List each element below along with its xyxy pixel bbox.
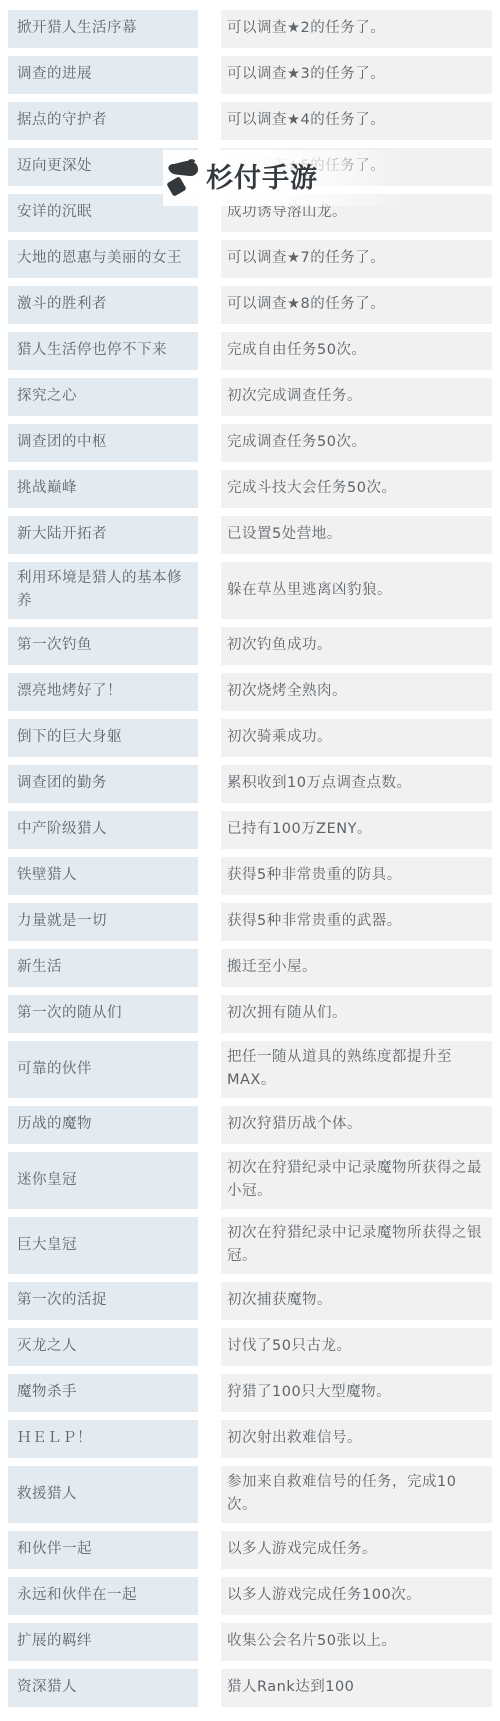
table-row: 巨大皇冠 初次在狩猎纪录中记录魔物所获得之银冠。 [8,1217,492,1274]
achievement-desc-cell: 初次在狩猎纪录中记录魔物所获得之银冠。 [221,1217,492,1274]
achievement-title-cell: 第一次钓鱼 [8,627,198,665]
achievement-desc-cell: 获得5种非常贵重的武器。 [221,903,492,941]
table-row: 历战的魔物 初次狩猎历战个体。 [8,1106,492,1144]
achievement-title-cell: 激斗的胜利者 [8,286,198,324]
achievement-desc-cell: 初次狩猎历战个体。 [221,1106,492,1144]
achievement-title-cell: 挑战巅峰 [8,470,198,508]
achievement-title-cell: 中产阶级猎人 [8,811,198,849]
achievement-title-cell: 可靠的伙伴 [8,1041,198,1098]
table-row: 扩展的羁绊 收集公会名片50张以上。 [8,1623,492,1661]
achievement-desc-cell: 可以调查★8的任务了。 [221,286,492,324]
achievement-title-cell: 大地的恩惠与美丽的女王 [8,240,198,278]
achievement-title-cell: 漂亮地烤好了！ [8,673,198,711]
achievement-title-cell: 新生活 [8,949,198,987]
table-row: 利用环境是猎人的基本修养 躲在草丛里逃离凶豹狼。 [8,562,492,619]
site-watermark: 杉付手游 [166,156,318,198]
achievement-title-cell: 新大陆开拓者 [8,516,198,554]
table-row: 调查的进展 可以调查★3的任务了。 [8,56,492,94]
achievement-desc-cell: 可以调查★2的任务了。 [221,10,492,48]
achievement-title-cell: 永远和伙伴在一起 [8,1577,198,1615]
table-row: 漂亮地烤好了！ 初次烧烤全熟肉。 [8,673,492,711]
achievement-desc-cell: 初次完成调查任务。 [221,378,492,416]
achievement-title-cell: 迷你皇冠 [8,1152,198,1209]
achievement-desc-cell: 累积收到10万点调查点数。 [221,765,492,803]
table-row: 可靠的伙伴 把任一随从道具的熟练度都提升至MAX。 [8,1041,492,1098]
achievement-title-cell: 和伙伴一起 [8,1531,198,1569]
table-row: 新大陆开拓者 已设置5处营地。 [8,516,492,554]
table-row: 第一次的活捉 初次捕获魔物。 [8,1282,492,1320]
achievement-title-cell: 安详的沉眠 [8,194,198,232]
achievement-desc-cell: 完成调查任务50次。 [221,424,492,462]
achievement-desc-cell: 已持有100万ZENY。 [221,811,492,849]
achievement-desc-cell: 参加来自救难信号的任务，完成10次。 [221,1466,492,1523]
achievement-title-cell: 第一次的活捉 [8,1282,198,1320]
achievement-title-cell: 猎人生活停也停不下来 [8,332,198,370]
table-row: 挑战巅峰 完成斗技大会任务50次。 [8,470,492,508]
achievement-title-cell: 调查的进展 [8,56,198,94]
achievement-desc-cell: 初次射出救难信号。 [221,1420,492,1458]
achievement-desc-cell: 狩猎了100只大型魔物。 [221,1374,492,1412]
hand-holding-phone-icon [166,156,202,198]
table-row: 探究之心 初次完成调查任务。 [8,378,492,416]
achievement-desc-cell: 初次骑乘成功。 [221,719,492,757]
achievement-title-cell: 巨大皇冠 [8,1217,198,1274]
table-row: 猎人生活停也停不下来 完成自由任务50次。 [8,332,492,370]
achievement-desc-cell: 完成自由任务50次。 [221,332,492,370]
table-row: ＨＥＬＰ！ 初次射出救难信号。 [8,1420,492,1458]
table-row: 救援猎人 参加来自救难信号的任务，完成10次。 [8,1466,492,1523]
achievement-title-cell: 铁壁猎人 [8,857,198,895]
table-row: 第一次的随从们 初次拥有随从们。 [8,995,492,1033]
achievement-title-cell: 力量就是一切 [8,903,198,941]
table-row: 调查团的勤务 累积收到10万点调查点数。 [8,765,492,803]
table-row: 激斗的胜利者 可以调查★8的任务了。 [8,286,492,324]
achievement-title-cell: 倒下的巨大身躯 [8,719,198,757]
achievement-title-cell: 据点的守护者 [8,102,198,140]
table-row: 安详的沉眠 成功诱导溶山龙。 [8,194,492,232]
table-row: 资深猎人 猎人Rank达到100 [8,1669,492,1707]
achievement-desc-cell: 可以调查★3的任务了。 [221,56,492,94]
achievement-desc-cell: 成功诱导溶山龙。 [221,194,492,232]
table-row: 新生活 搬迁至小屋。 [8,949,492,987]
watermark-brand-text: 杉付手游 [206,163,318,192]
achievement-title-cell: 救援猎人 [8,1466,198,1523]
table-row: 和伙伴一起 以多人游戏完成任务。 [8,1531,492,1569]
achievement-desc-cell: 完成斗技大会任务50次。 [221,470,492,508]
achievement-desc-cell: 把任一随从道具的熟练度都提升至MAX。 [221,1041,492,1098]
achievement-title-cell: 扩展的羁绊 [8,1623,198,1661]
achievement-title-cell: 掀开猎人生活序幕 [8,10,198,48]
table-row: 倒下的巨大身躯 初次骑乘成功。 [8,719,492,757]
achievement-desc-cell: 可以调查★4的任务了。 [221,102,492,140]
achievement-page: 掀开猎人生活序幕 可以调查★2的任务了。 调查的进展 可以调查★3的任务了。 据… [0,0,500,1721]
achievement-desc-cell: 猎人Rank达到100 [221,1669,492,1707]
achievement-desc-cell: 以多人游戏完成任务。 [221,1531,492,1569]
achievement-title-cell: 第一次的随从们 [8,995,198,1033]
table-row: 据点的守护者 可以调查★4的任务了。 [8,102,492,140]
table-row: 永远和伙伴在一起 以多人游戏完成任务100次。 [8,1577,492,1615]
table-row: 中产阶级猎人 已持有100万ZENY。 [8,811,492,849]
achievement-title-cell: 调查团的勤务 [8,765,198,803]
table-row: 大地的恩惠与美丽的女王 可以调查★7的任务了。 [8,240,492,278]
table-row: 魔物杀手 狩猎了100只大型魔物。 [8,1374,492,1412]
achievement-title-cell: 调查团的中枢 [8,424,198,462]
achievement-title-cell: 探究之心 [8,378,198,416]
achievement-desc-cell: 初次捕获魔物。 [221,1282,492,1320]
achievement-title-cell: 资深猎人 [8,1669,198,1707]
table-row: 力量就是一切 获得5种非常贵重的武器。 [8,903,492,941]
achievement-title-cell: 利用环境是猎人的基本修养 [8,562,198,619]
achievement-title-cell: 灭龙之人 [8,1328,198,1366]
achievement-desc-cell: 初次烧烤全熟肉。 [221,673,492,711]
achievement-title-cell: ＨＥＬＰ！ [8,1420,198,1458]
achievement-desc-cell: 获得5种非常贵重的防具。 [221,857,492,895]
achievement-table: 掀开猎人生活序幕 可以调查★2的任务了。 调查的进展 可以调查★3的任务了。 据… [0,10,500,1707]
achievement-desc-cell: 以多人游戏完成任务100次。 [221,1577,492,1615]
achievement-desc-cell: 可以调查★7的任务了。 [221,240,492,278]
achievement-desc-cell: 躲在草丛里逃离凶豹狼。 [221,562,492,619]
table-row: 灭龙之人 讨伐了50只古龙。 [8,1328,492,1366]
table-row: 调查团的中枢 完成调查任务50次。 [8,424,492,462]
achievement-desc-cell: 已设置5处营地。 [221,516,492,554]
table-row: 迷你皇冠 初次在狩猎纪录中记录魔物所获得之最小冠。 [8,1152,492,1209]
achievement-title-cell: 历战的魔物 [8,1106,198,1144]
table-row: 第一次钓鱼 初次钓鱼成功。 [8,627,492,665]
achievement-desc-cell: 讨伐了50只古龙。 [221,1328,492,1366]
achievement-desc-cell: 初次钓鱼成功。 [221,627,492,665]
achievement-desc-cell: 初次在狩猎纪录中记录魔物所获得之最小冠。 [221,1152,492,1209]
table-row: 铁壁猎人 获得5种非常贵重的防具。 [8,857,492,895]
table-row: 掀开猎人生活序幕 可以调查★2的任务了。 [8,10,492,48]
achievement-title-cell: 魔物杀手 [8,1374,198,1412]
achievement-desc-cell: 搬迁至小屋。 [221,949,492,987]
achievement-desc-cell: 收集公会名片50张以上。 [221,1623,492,1661]
achievement-desc-cell: 初次拥有随从们。 [221,995,492,1033]
